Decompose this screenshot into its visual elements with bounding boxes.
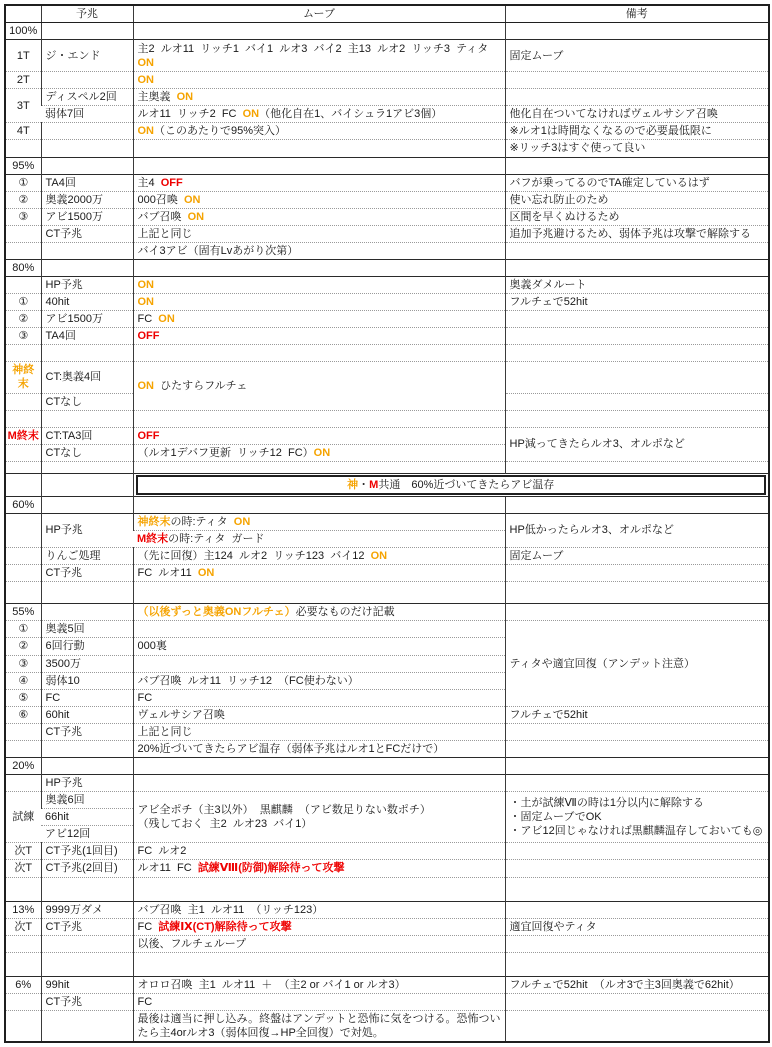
omen-cell: CT予兆 bbox=[41, 565, 133, 582]
cell-text: ① bbox=[18, 296, 28, 308]
table-row: HP予兆神終末の時:ティタ ONHP低かったらルオ3、オルポなど bbox=[5, 513, 769, 530]
row-label-cell: 次T bbox=[5, 843, 41, 860]
move-cell bbox=[133, 655, 505, 672]
omen-cell: CT予兆 bbox=[41, 723, 133, 740]
move-cell: アビ全ポチ（主3以外） 黒麒麟 （アビ数足りない数ポチ） （残しておく 主2 ル… bbox=[133, 792, 505, 843]
cell-text: ① bbox=[18, 177, 28, 189]
row-label-cell: M終末 bbox=[5, 427, 41, 444]
remark-cell bbox=[505, 860, 769, 877]
cell-text: ジ・エンド bbox=[46, 50, 101, 62]
remark-cell: 区間を早くぬけるため bbox=[505, 208, 769, 225]
remark-cell bbox=[505, 757, 769, 774]
highlight-orange-text: ON bbox=[188, 211, 205, 223]
move-cell: 主奥義 ON bbox=[133, 89, 505, 106]
move-cell: オロロ召喚 主1 ルオ11 ＋ （主2 or バイ1 or ルオ3） bbox=[133, 976, 505, 993]
omen-cell: CT予兆(1回目) bbox=[41, 843, 133, 860]
omen-cell bbox=[41, 877, 133, 901]
remark-cell bbox=[505, 993, 769, 1010]
cell-text: アビ12回 bbox=[45, 828, 90, 840]
cell-text: HP予兆 bbox=[46, 777, 83, 789]
move-cell bbox=[133, 140, 505, 157]
row-label-cell bbox=[5, 345, 41, 362]
omen-cell bbox=[41, 123, 133, 140]
cell-text: 適宜回復やティタ bbox=[510, 921, 597, 933]
move-cell: 主4 OFF bbox=[133, 174, 505, 191]
remark-cell: HP減ってきたらルオ3、オルポなど bbox=[505, 427, 769, 461]
remark-cell: HP低かったらルオ3、オルポなど bbox=[505, 513, 769, 547]
table-row bbox=[5, 345, 769, 362]
cell-text: ・土が試練Ⅶの時は1分以内に解除する ・固定ムーブでOK ・アビ12回じゃなけれ… bbox=[510, 797, 763, 837]
remark-cell: 固定ムーブ bbox=[505, 548, 769, 565]
table-row: ③TA4回OFF bbox=[5, 328, 769, 345]
omen-cell: CT予兆 bbox=[41, 225, 133, 242]
table-row bbox=[5, 410, 769, 427]
cell-text: HP予兆 bbox=[46, 279, 83, 291]
omen-cell bbox=[41, 740, 133, 757]
highlight-red-text: M終末 bbox=[8, 430, 39, 442]
remark-cell bbox=[505, 935, 769, 952]
remark-cell: フルチェで52hit （ルオ3で主3回奥義で62hit） bbox=[505, 976, 769, 993]
cell-text: 使い忘れ防止のため bbox=[510, 194, 609, 206]
move-cell: 上記と同じ bbox=[133, 225, 505, 242]
remark-cell: フルチェで52hit bbox=[505, 294, 769, 311]
table-row: 95% bbox=[5, 157, 769, 174]
cell-text: CT予兆(2回目) bbox=[46, 862, 118, 874]
row-label-cell: ⑤ bbox=[5, 689, 41, 706]
move-cell bbox=[133, 877, 505, 901]
cell-text: ルオ11 リッチ2 FC bbox=[138, 108, 243, 120]
move-cell: ルオ11 リッチ2 FC ON（他化自在1、バイシュラ1アビ3個） bbox=[133, 106, 505, 123]
row-label-cell bbox=[5, 877, 41, 901]
cell-text: FC bbox=[46, 692, 61, 704]
remark-cell bbox=[505, 877, 769, 901]
cell-text: ※リッチ3はすぐ使って良い bbox=[510, 142, 646, 154]
row-label-cell bbox=[5, 140, 41, 157]
remark-cell: ティタや適宜回復（アンデット注意） bbox=[505, 621, 769, 706]
omen-cell bbox=[41, 604, 133, 621]
move-cell: ON bbox=[133, 72, 505, 89]
table-row bbox=[5, 952, 769, 976]
cell-text: ⑥ bbox=[18, 709, 28, 721]
row-label-cell: 13% bbox=[5, 901, 41, 918]
shared-note-banner: 神・M共通 60%近づいてきたらアビ温存 bbox=[133, 473, 769, 496]
omen-cell: ディスペル2回 bbox=[41, 89, 133, 106]
table-row: M終末CT:TA3回OFFHP減ってきたらルオ3、オルポなど bbox=[5, 427, 769, 444]
move-cell bbox=[133, 260, 505, 277]
row-label-cell bbox=[5, 582, 41, 604]
row-label-cell: 60% bbox=[5, 496, 41, 513]
move-cell bbox=[133, 775, 505, 792]
cell-text: CT予兆 bbox=[46, 996, 83, 1008]
highlight-orange-text: ON bbox=[138, 125, 155, 137]
cell-text: 6回行動 bbox=[46, 640, 85, 652]
table-row: 弱体7回ルオ11 リッチ2 FC ON（他化自在1、バイシュラ1アビ3個）他化自… bbox=[5, 106, 769, 123]
header-notes: 備考 bbox=[505, 5, 769, 23]
row-label-cell: 次T bbox=[5, 860, 41, 877]
cell-text: 80% bbox=[12, 262, 34, 274]
omen-cell: 奥義6回 bbox=[41, 792, 133, 809]
row-label-cell: 20% bbox=[5, 757, 41, 774]
cell-text: （このあたりで95%突入） bbox=[154, 125, 286, 137]
omen-cell bbox=[41, 496, 133, 513]
omen-cell: HP予兆 bbox=[41, 277, 133, 294]
omen-cell bbox=[41, 260, 133, 277]
row-label-cell bbox=[5, 225, 41, 242]
move-cell: 以後、フルチェループ bbox=[133, 935, 505, 952]
cell-text: HP予兆 bbox=[46, 524, 83, 536]
remark-cell bbox=[505, 260, 769, 277]
highlight-orange-text: ON bbox=[314, 447, 331, 459]
row-label-cell: ① bbox=[5, 621, 41, 638]
omen-cell: 66hit bbox=[41, 809, 133, 826]
cell-text: 奥義2000万 bbox=[46, 194, 103, 206]
remark-cell: 追加予兆避けるため、弱体予兆は攻撃で解除する bbox=[505, 225, 769, 242]
cell-text: 区間を早くぬけるため bbox=[510, 211, 620, 223]
row-label-cell: 6% bbox=[5, 976, 41, 993]
cell-text: 主4 bbox=[138, 177, 161, 189]
cell-text: CT予兆 bbox=[46, 228, 83, 240]
remark-cell bbox=[505, 157, 769, 174]
highlight-orange-text: 神終末 bbox=[12, 364, 34, 390]
move-cell: FC ルオ2 bbox=[133, 843, 505, 860]
cell-text: 固定ムーブ bbox=[510, 50, 564, 62]
cell-text: 弱体7回 bbox=[45, 108, 84, 120]
cell-text: バブ召喚 主1 ルオ11 （リッチ123） bbox=[138, 904, 324, 916]
omen-cell: TA4回 bbox=[41, 328, 133, 345]
cell-text: 次T bbox=[14, 845, 32, 857]
omen-cell bbox=[41, 473, 133, 496]
omen-cell: CT:TA3回 bbox=[41, 427, 133, 444]
row-label-cell: 試練 bbox=[5, 792, 41, 843]
table-row: ①40hitONフルチェで52hit bbox=[5, 294, 769, 311]
move-cell: 20%近づいてきたらアビ温存（弱体予兆はルオ1とFCだけで） bbox=[133, 740, 505, 757]
move-cell: ON bbox=[133, 277, 505, 294]
omen-cell bbox=[41, 242, 133, 259]
cell-text: ※ルオ1は時間なくなるので必要最低限に bbox=[510, 125, 712, 137]
row-label-cell: ④ bbox=[5, 672, 41, 689]
remark-cell bbox=[505, 410, 769, 427]
remark-cell bbox=[505, 362, 769, 393]
move-cell: 上記と同じ bbox=[133, 723, 505, 740]
cell-text: の時:ティタ bbox=[171, 516, 234, 528]
cell-text: TA4回 bbox=[46, 177, 76, 189]
table-row: ※リッチ3はすぐ使って良い bbox=[5, 140, 769, 157]
remark-cell bbox=[505, 740, 769, 757]
cell-text: ④ bbox=[18, 675, 28, 687]
cell-text: （先に回復）主124 ルオ2 リッチ123 バイ12 bbox=[138, 550, 371, 562]
table-row: 20%近づいてきたらアビ温存（弱体予兆はルオ1とFCだけで） bbox=[5, 740, 769, 757]
row-label-cell: 100% bbox=[5, 23, 41, 40]
omen-cell bbox=[41, 23, 133, 40]
table-row: 最後は適当に押し込み。終盤はアンデットと恐怖に気をつける。恐怖ついたら主4orル… bbox=[5, 1010, 769, 1042]
cell-text: 3T bbox=[17, 100, 30, 112]
row-label-cell bbox=[5, 935, 41, 952]
page: 予兆 ムーブ 備考 100%1Tジ・エンド主2 ルオ11 リッチ1 バイ1 ルオ… bbox=[0, 0, 772, 1047]
remark-cell: フルチェで52hit bbox=[505, 706, 769, 723]
table-row bbox=[5, 461, 769, 473]
cell-text: ディスペル2回 bbox=[46, 91, 117, 103]
cell-text: 次T bbox=[14, 862, 32, 874]
table-row bbox=[5, 582, 769, 604]
omen-cell: アビ1500万 bbox=[41, 208, 133, 225]
remark-cell: ・土が試練Ⅶの時は1分以内に解除する ・固定ムーブでOK ・アビ12回じゃなけれ… bbox=[505, 792, 769, 843]
move-cell bbox=[133, 582, 505, 604]
move-cell: FC bbox=[133, 993, 505, 1010]
row-label-cell bbox=[5, 393, 41, 410]
cell-text: ヴェルサシア召喚 bbox=[138, 709, 225, 721]
table-row: 80% bbox=[5, 260, 769, 277]
highlight-orange-text: ON bbox=[177, 91, 194, 103]
table-row: 次TCT予兆FC 試練Ⅸ(CT)解除待って攻撃適宜回復やティタ bbox=[5, 918, 769, 935]
omen-cell bbox=[41, 410, 133, 427]
omen-cell: 3500万 bbox=[41, 655, 133, 672]
cell-text: 奥義6回 bbox=[46, 794, 85, 806]
remark-cell bbox=[505, 461, 769, 473]
header-blank bbox=[5, 5, 41, 23]
table-row: CT予兆上記と同じ bbox=[5, 723, 769, 740]
omen-cell bbox=[41, 582, 133, 604]
highlight-orange-text: ON bbox=[138, 279, 155, 291]
cell-text: FC ルオ11 bbox=[138, 567, 198, 579]
omen-cell: CT予兆 bbox=[41, 918, 133, 935]
table-row: ①TA4回主4 OFFバフが乗ってるのでTA確定しているはず bbox=[5, 174, 769, 191]
remark-cell bbox=[505, 604, 769, 621]
table-body: 100%1Tジ・エンド主2 ルオ11 リッチ1 バイ1 ルオ3 バイ2 主13 … bbox=[5, 23, 769, 1043]
cell-text: ⑤ bbox=[18, 692, 28, 704]
cell-text: フルチェで52hit bbox=[510, 709, 588, 721]
cell-text: 60% bbox=[12, 499, 34, 511]
cell-text: 60hit bbox=[46, 709, 70, 721]
cell-text: ② bbox=[18, 194, 28, 206]
row-label-cell: 1T bbox=[5, 40, 41, 72]
remark-cell bbox=[505, 242, 769, 259]
remark-cell bbox=[505, 843, 769, 860]
row-label-cell bbox=[5, 565, 41, 582]
omen-cell: りんご処理 bbox=[41, 548, 133, 565]
remark-cell: バフが乗ってるのでTA確定しているはず bbox=[505, 174, 769, 191]
remark-cell bbox=[505, 89, 769, 106]
row-label-cell bbox=[5, 775, 41, 792]
strategy-table: 予兆 ムーブ 備考 100%1Tジ・エンド主2 ルオ11 リッチ1 バイ1 ルオ… bbox=[4, 4, 770, 1043]
cell-text: フルチェで52hit bbox=[510, 296, 588, 308]
cell-text: FC ルオ2 bbox=[138, 845, 187, 857]
move-cell: FC ルオ11 ON bbox=[133, 565, 505, 582]
move-cell: 最後は適当に押し込み。終盤はアンデットと恐怖に気をつける。恐怖ついたら主4orル… bbox=[133, 1010, 505, 1042]
cell-text: CT予兆 bbox=[46, 567, 83, 579]
omen-cell bbox=[41, 952, 133, 976]
table-row: CT予兆上記と同じ追加予兆避けるため、弱体予兆は攻撃で解除する bbox=[5, 225, 769, 242]
highlight-orange-text: ON bbox=[184, 194, 201, 206]
remark-cell bbox=[505, 723, 769, 740]
cell-text: 000裏 bbox=[138, 640, 167, 652]
row-label-cell: ① bbox=[5, 174, 41, 191]
table-row: HP予兆ON奥義ダメルート bbox=[5, 277, 769, 294]
omen-cell: CT:奥義4回 bbox=[41, 362, 133, 393]
cell-text: ③ bbox=[18, 330, 28, 342]
remark-cell bbox=[505, 72, 769, 89]
cell-text: ティタや適宜回復（アンデット注意） bbox=[510, 658, 695, 670]
cell-text: アビ全ポチ（主3以外） 黒麒麟 （アビ数足りない数ポチ） （残しておく 主2 ル… bbox=[138, 804, 431, 830]
row-label-cell bbox=[5, 444, 41, 461]
row-label-cell: ② bbox=[5, 191, 41, 208]
move-cell: バブ召喚 ルオ11 リッチ12 （FC使わない） bbox=[133, 672, 505, 689]
table-row: 55%（以後ずっと奥義ONフルチェ）必要なものだけ記載 bbox=[5, 604, 769, 621]
move-cell bbox=[133, 157, 505, 174]
omen-cell: 奥義2000万 bbox=[41, 191, 133, 208]
table-row: 13%9999万ダメバブ召喚 主1 ルオ11 （リッチ123） bbox=[5, 901, 769, 918]
cell-text: ルオ11 FC bbox=[138, 862, 198, 874]
omen-cell: 弱体10 bbox=[41, 672, 133, 689]
remark-cell: 適宜回復やティタ bbox=[505, 918, 769, 935]
row-label-cell: 4T bbox=[5, 123, 41, 140]
remark-cell: 他化自在ついてなければヴェルサシア召喚 bbox=[505, 106, 769, 123]
move-cell: バブ召喚 ON bbox=[133, 208, 505, 225]
omen-cell: 60hit bbox=[41, 706, 133, 723]
remark-cell: 使い忘れ防止のため bbox=[505, 191, 769, 208]
table-row: ⑥60hitヴェルサシア召喚フルチェで52hit bbox=[5, 706, 769, 723]
omen-cell: アビ1500万 bbox=[41, 311, 133, 328]
move-cell: 000召喚 ON bbox=[133, 191, 505, 208]
header-row: 予兆 ムーブ 備考 bbox=[5, 5, 769, 23]
table-row: 試練奥義6回アビ全ポチ（主3以外） 黒麒麟 （アビ数足りない数ポチ） （残してお… bbox=[5, 792, 769, 809]
cell-text: バブ召喚 ルオ11 リッチ12 （FC使わない） bbox=[138, 675, 359, 687]
table-row: 神終末CT:奥義4回ON ひたすらフルチェ bbox=[5, 362, 769, 393]
highlight-orange-text: ON bbox=[234, 516, 251, 528]
table-row: CT予兆FC bbox=[5, 993, 769, 1010]
move-cell: ヴェルサシア召喚 bbox=[133, 706, 505, 723]
cell-text: CT:TA3回 bbox=[46, 430, 93, 442]
table-row: ①奥義5回ティタや適宜回復（アンデット注意） bbox=[5, 621, 769, 638]
row-label-cell bbox=[5, 1010, 41, 1042]
highlight-orange-text: 神 bbox=[347, 479, 358, 491]
omen-cell: CT予兆 bbox=[41, 993, 133, 1010]
cell-text: 55% bbox=[12, 606, 34, 618]
omen-cell: CTなし bbox=[41, 444, 133, 461]
cell-text: 最後は適当に押し込み。終盤はアンデットと恐怖に気をつける。恐怖ついたら主4orル… bbox=[138, 1013, 501, 1039]
move-cell: （先に回復）主124 ルオ2 リッチ123 バイ12 ON bbox=[133, 548, 505, 565]
row-label-cell: 次T bbox=[5, 918, 41, 935]
cell-text: 4T bbox=[17, 125, 30, 137]
omen-cell: ジ・エンド bbox=[41, 40, 133, 72]
remark-cell bbox=[505, 496, 769, 513]
header-move: ムーブ bbox=[133, 5, 505, 23]
remark-cell: 奥義ダメルート bbox=[505, 277, 769, 294]
highlight-orange-text: ON bbox=[138, 74, 155, 86]
move-cell bbox=[133, 757, 505, 774]
highlight-orange-text: ON bbox=[371, 550, 388, 562]
cell-text: 試練 bbox=[12, 811, 34, 823]
row-label-cell: 80% bbox=[5, 260, 41, 277]
highlight-orange-text: 神終末 bbox=[138, 516, 171, 528]
cell-text: 6% bbox=[15, 979, 31, 991]
row-label-cell bbox=[5, 461, 41, 473]
cell-text: CT予兆 bbox=[46, 726, 83, 738]
table-row: 100% bbox=[5, 23, 769, 40]
row-label-cell bbox=[5, 473, 41, 496]
omen-cell bbox=[41, 757, 133, 774]
cell-text: 追加予兆避けるため、弱体予兆は攻撃で解除する bbox=[510, 228, 752, 240]
cell-text: TA4回 bbox=[46, 330, 76, 342]
cell-text: HP減ってきたらルオ3、オルポなど bbox=[510, 438, 685, 450]
row-label-cell bbox=[5, 993, 41, 1010]
cell-text: CT予兆(1回目) bbox=[46, 845, 118, 857]
cell-text: ③ bbox=[18, 211, 28, 223]
omen-cell: アビ12回 bbox=[41, 826, 133, 843]
cell-text: FC bbox=[138, 313, 159, 325]
omen-cell: 弱体7回 bbox=[41, 106, 133, 123]
remark-cell bbox=[505, 952, 769, 976]
cell-text: 奥義ダメルート bbox=[510, 279, 587, 291]
move-cell bbox=[133, 952, 505, 976]
cell-text: アビ1500万 bbox=[46, 313, 103, 325]
cell-text: 共通 60%近づいてきたらアビ温存 bbox=[378, 479, 554, 491]
row-label-cell: ③ bbox=[5, 208, 41, 225]
highlight-red-text: OFF bbox=[161, 177, 183, 189]
highlight-red-text: M bbox=[369, 479, 378, 491]
cell-text: バブ召喚 bbox=[138, 211, 188, 223]
highlight-orange-text: ON bbox=[138, 296, 155, 308]
cell-text: 99hit bbox=[46, 979, 70, 991]
remark-cell bbox=[505, 582, 769, 604]
row-label-cell bbox=[5, 723, 41, 740]
row-label-cell: 95% bbox=[5, 157, 41, 174]
table-row: 2TON bbox=[5, 72, 769, 89]
remark-cell bbox=[505, 1010, 769, 1042]
cell-text: （ルオ1デバフ更新 リッチ12 FC） bbox=[138, 447, 314, 459]
omen-cell bbox=[41, 935, 133, 952]
row-label-cell: ③ bbox=[5, 655, 41, 672]
omen-cell: 9999万ダメ bbox=[41, 901, 133, 918]
move-cell: ON bbox=[133, 294, 505, 311]
cell-text: ② bbox=[18, 640, 28, 652]
row-label-cell: 2T bbox=[5, 72, 41, 89]
cell-text: バフが乗ってるのでTA確定しているはず bbox=[510, 177, 710, 189]
cell-text: （他化自在1、バイシュラ1アビ3個） bbox=[259, 108, 442, 120]
row-label-cell: 55% bbox=[5, 604, 41, 621]
move-cell bbox=[133, 23, 505, 40]
omen-cell bbox=[41, 461, 133, 473]
remark-cell bbox=[505, 328, 769, 345]
row-label-cell: ① bbox=[5, 294, 41, 311]
omen-cell bbox=[41, 72, 133, 89]
cell-text: 他化自在ついてなければヴェルサシア召喚 bbox=[510, 108, 718, 120]
cell-text: オロロ召喚 主1 ルオ11 ＋ （主2 or バイ1 or ルオ3） bbox=[138, 979, 406, 991]
move-cell: （以後ずっと奥義ONフルチェ）必要なものだけ記載 bbox=[133, 604, 505, 621]
table-row: 以後、フルチェループ bbox=[5, 935, 769, 952]
shared-note-banner-box: 神・M共通 60%近づいてきたらアビ温存 bbox=[136, 475, 767, 495]
remark-cell bbox=[505, 393, 769, 410]
remark-cell bbox=[505, 775, 769, 792]
table-row: 次TCT予兆(2回目)ルオ11 FC 試練Ⅷ(防御)解除待って攻撃 bbox=[5, 860, 769, 877]
row-label-cell: ② bbox=[5, 638, 41, 655]
cell-text: 13% bbox=[12, 904, 34, 916]
cell-text: の時:ティタ ガード bbox=[168, 533, 264, 545]
omen-cell: HP予兆 bbox=[41, 513, 133, 547]
remark-cell: ※ルオ1は時間なくなるので必要最低限に bbox=[505, 123, 769, 140]
row-label-cell bbox=[5, 952, 41, 976]
row-label-cell: 3T bbox=[5, 89, 41, 123]
cell-text: CTなし bbox=[46, 447, 83, 459]
row-label-cell: ② bbox=[5, 311, 41, 328]
cell-text: バイ3アビ（固有Lvあがり次第） bbox=[138, 245, 299, 257]
highlight-orange-text: ON bbox=[198, 567, 215, 579]
omen-cell: TA4回 bbox=[41, 174, 133, 191]
cell-text: 弱体10 bbox=[46, 675, 80, 687]
move-cell: OFF bbox=[133, 328, 505, 345]
highlight-red-text: 試練Ⅸ(CT)解除待って攻撃 bbox=[158, 921, 291, 933]
remark-cell bbox=[505, 311, 769, 328]
row-label-cell bbox=[5, 242, 41, 259]
